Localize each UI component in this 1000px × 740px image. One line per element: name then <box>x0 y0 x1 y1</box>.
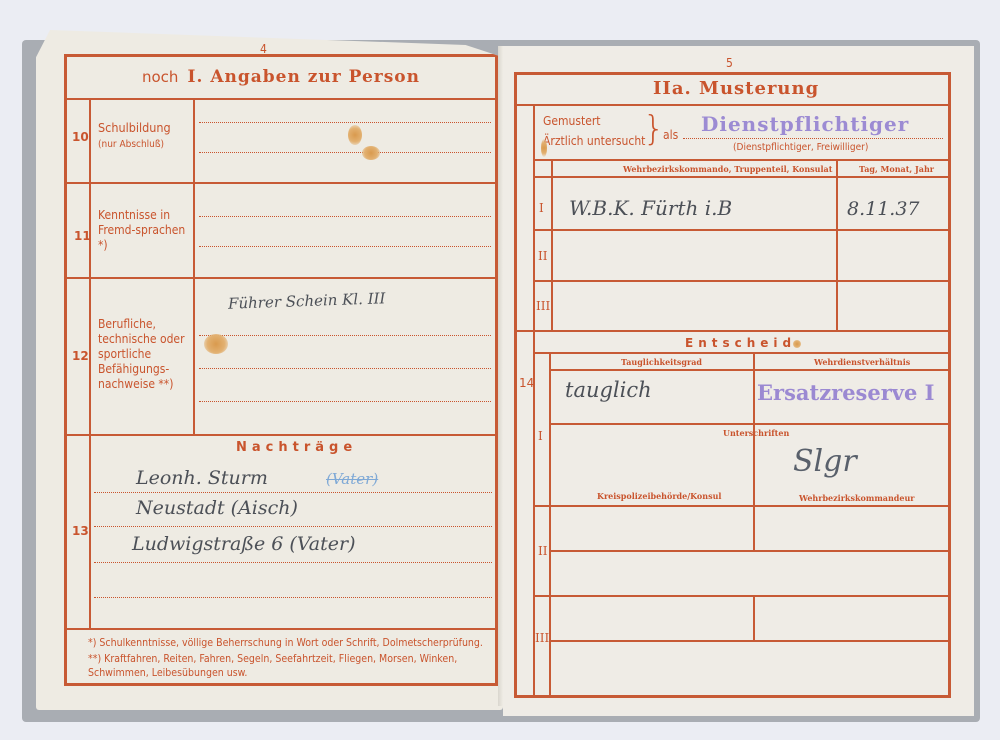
handwritten-line: Neustadt (Aisch) <box>136 497 298 519</box>
entry-line[interactable] <box>199 152 491 153</box>
right-page: 5 IIa. Musterung Gemustert Ärztlich unte… <box>503 46 974 716</box>
row-number: 13 <box>72 524 89 538</box>
row-roman: III <box>536 299 550 313</box>
divider <box>67 98 495 100</box>
entry-line[interactable] <box>683 138 943 139</box>
column-header: Wehrdienstverhältnis <box>814 357 910 367</box>
divider <box>549 640 948 642</box>
entry-line[interactable] <box>199 216 491 217</box>
divider <box>533 505 948 507</box>
section-title: Nachträge <box>236 440 357 455</box>
handwritten-line: Leonh. Sturm <box>136 467 268 489</box>
row-roman: I <box>539 201 544 215</box>
divider <box>533 176 948 178</box>
row-number: 11 <box>74 229 91 243</box>
divider <box>533 595 948 597</box>
column-header: Tag, Monat, Jahr <box>859 164 934 174</box>
divider <box>533 104 535 696</box>
divider <box>533 352 948 354</box>
entry-line[interactable] <box>94 492 492 493</box>
signature-caption: Wehrbezirkskommandeur <box>799 493 915 503</box>
divider <box>533 159 948 161</box>
entry-line[interactable] <box>199 401 491 402</box>
als-label: als <box>663 128 678 143</box>
divider <box>533 229 948 231</box>
row-number: 14 <box>519 376 534 390</box>
entry-line[interactable] <box>94 597 492 598</box>
divider <box>67 628 495 630</box>
signature: Slgr <box>793 444 857 479</box>
stain <box>204 334 228 354</box>
divider <box>533 280 948 282</box>
date-entry: 8.11.37 <box>847 198 920 220</box>
office-entry: W.B.K. Fürth i.B <box>569 196 732 220</box>
row-number: 10 <box>72 130 89 144</box>
divider <box>193 98 195 434</box>
options-caption: (Dienstpflichtiger, Freiwilliger) <box>733 140 868 155</box>
crossed-note: (Vater) <box>326 470 378 488</box>
divider <box>517 330 948 332</box>
entry-line[interactable] <box>199 122 491 123</box>
row-roman: II <box>538 249 547 263</box>
row-label: Kenntnisse in Fremd-sprachen *) <box>98 208 190 253</box>
divider <box>89 98 91 630</box>
header-prefix: noch <box>142 68 178 86</box>
divider <box>549 550 948 552</box>
row-sublabel: (nur Abschluß) <box>98 137 164 152</box>
entry-line[interactable] <box>199 368 491 369</box>
row-label: Berufliche, technische oder sportliche B… <box>98 317 192 392</box>
service-status-stamp: Ersatzreserve I <box>757 380 935 405</box>
page-title: I. Angaben zur Person <box>188 67 420 87</box>
divider <box>753 595 755 641</box>
divider <box>67 434 495 436</box>
row-roman: III <box>535 631 549 645</box>
stain <box>793 340 801 348</box>
column-header: Wehrbezirkskommando, Truppenteil, Konsul… <box>623 164 832 174</box>
stain <box>541 139 547 157</box>
footnote: *) Schulkenntnisse, völlige Beherrschung… <box>88 636 498 650</box>
row-label: Schulbildung <box>98 120 171 135</box>
divider <box>549 352 551 696</box>
divider <box>549 423 948 425</box>
row-roman: II <box>538 544 547 558</box>
column-header: Tauglichkeitsgrad <box>621 357 702 367</box>
signatures-label: Unterschriften <box>723 428 789 438</box>
brace: } <box>643 112 665 146</box>
divider <box>836 159 838 331</box>
stain <box>362 146 380 160</box>
divider <box>67 182 495 184</box>
page-number: 5 <box>726 56 733 70</box>
entry-line[interactable] <box>94 562 492 563</box>
handwritten-line: Ludwigstraße 6 (Vater) <box>132 533 356 555</box>
entry-line[interactable] <box>94 526 492 527</box>
divider <box>753 505 755 551</box>
gemustert-label: Gemustert <box>543 114 601 129</box>
footnote: **) Kraftfahren, Reiten, Fahren, Segeln,… <box>88 652 498 680</box>
divider <box>549 369 948 371</box>
untersucht-label: Ärztlich untersucht <box>543 134 645 149</box>
row-roman: I <box>538 429 543 443</box>
page-title: IIa. Musterung <box>653 78 819 99</box>
status-stamp: Dienstpflichtiger <box>701 112 909 136</box>
signature-caption: Kreispolizeibehörde/Konsul <box>597 491 721 501</box>
stain <box>348 125 362 145</box>
grade-entry: tauglich <box>565 378 652 402</box>
divider <box>67 277 495 279</box>
entry-line[interactable] <box>199 335 491 336</box>
divider <box>517 104 948 106</box>
left-page: 4 noch I. Angaben zur Person 10 Schulbil… <box>36 30 503 710</box>
divider <box>551 159 553 331</box>
row-number: 12 <box>72 349 89 363</box>
section-title: Entscheid <box>685 336 796 350</box>
entry-line[interactable] <box>199 246 491 247</box>
section-header: noch I. Angaben zur Person <box>67 58 495 96</box>
